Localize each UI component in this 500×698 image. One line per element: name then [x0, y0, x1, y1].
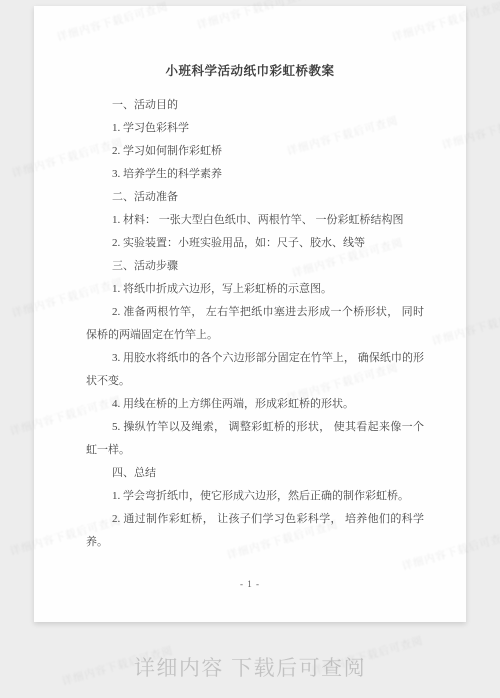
paragraph: 三、活动步骤	[86, 255, 424, 278]
paragraph-line: 2. 实验装置：小班实验用品，如：尺子、胶水、线等	[86, 232, 424, 255]
paragraph: 1. 将纸巾折成六边形，写上彩虹桥的示意图。	[86, 278, 424, 301]
paragraph: 4. 用线在桥的上方绑住两端，形成彩虹桥的形状。	[86, 393, 424, 416]
paragraph-line: 3. 用胶水将纸巾的各个六边形部分固定在竹竿上， 确保纸巾的形	[86, 347, 424, 370]
paragraph-line: 养。	[86, 531, 424, 554]
paragraph: 2. 通过制作彩虹桥， 让孩子们学习色彩科学， 培养他们的科学素养。	[86, 508, 424, 554]
paragraph-line: 1. 将纸巾折成六边形，写上彩虹桥的示意图。	[86, 278, 424, 301]
paragraph: 2. 学习如何制作彩虹桥	[86, 140, 424, 163]
paragraph-line: 4. 用线在桥的上方绑住两端，形成彩虹桥的形状。	[86, 393, 424, 416]
paragraph: 3. 用胶水将纸巾的各个六边形部分固定在竹竿上， 确保纸巾的形状不变。	[86, 347, 424, 393]
paragraph: 3. 培养学生的科学素养	[86, 163, 424, 186]
paragraph-line: 四、总结	[86, 462, 424, 485]
paragraph: 5. 操纵竹竿以及绳索， 调整彩虹桥的形状， 使其看起来像一个彩虹一样。	[86, 416, 424, 462]
document-page: 小班科学活动纸巾彩虹桥教案 一、活动目的1. 学习色彩科学2. 学习如何制作彩虹…	[34, 6, 466, 622]
document-title: 小班科学活动纸巾彩虹桥教案	[34, 62, 466, 80]
document-preview-canvas: 小班科学活动纸巾彩虹桥教案 一、活动目的1. 学习色彩科学2. 学习如何制作彩虹…	[0, 0, 500, 698]
document-body: 一、活动目的1. 学习色彩科学2. 学习如何制作彩虹桥3. 培养学生的科学素养二…	[86, 94, 424, 554]
paragraph-line: 2. 准备两根竹竿， 左右竿把纸巾塞进去形成一个桥形状， 同时确	[86, 301, 424, 324]
paragraph: 二、活动准备	[86, 186, 424, 209]
paragraph-line: 3. 培养学生的科学素养	[86, 163, 424, 186]
paragraph-line: 2. 通过制作彩虹桥， 让孩子们学习色彩科学， 培养他们的科学素	[86, 508, 424, 531]
paragraph-line: 1. 学会弯折纸巾，使它形成六边形，然后正确的制作彩虹桥。	[86, 485, 424, 508]
paragraph-line: 1. 学习色彩科学	[86, 117, 424, 140]
paragraph-line: 虹一样。	[86, 439, 424, 462]
paragraph: 一、活动目的	[86, 94, 424, 117]
paragraph: 1. 学会弯折纸巾，使它形成六边形，然后正确的制作彩虹桥。	[86, 485, 424, 508]
paragraph-line: 5. 操纵竹竿以及绳索， 调整彩虹桥的形状， 使其看起来像一个彩	[86, 416, 424, 439]
paragraph: 1. 材料： 一张大型白色纸巾、两根竹竿、 一份彩虹桥结构图	[86, 209, 424, 232]
paragraph: 2. 准备两根竹竿， 左右竿把纸巾塞进去形成一个桥形状， 同时确保桥的两端固定在…	[86, 301, 424, 347]
paragraph-line: 一、活动目的	[86, 94, 424, 117]
paragraph-line: 保桥的两端固定在竹竿上。	[86, 324, 424, 347]
paragraph-line: 1. 材料： 一张大型白色纸巾、两根竹竿、 一份彩虹桥结构图	[86, 209, 424, 232]
paragraph: 1. 学习色彩科学	[86, 117, 424, 140]
paragraph-line: 三、活动步骤	[86, 255, 424, 278]
paragraph: 四、总结	[86, 462, 424, 485]
paragraph: 2. 实验装置：小班实验用品，如：尺子、胶水、线等	[86, 232, 424, 255]
page-number: - 1 -	[34, 579, 466, 589]
download-notice-text: 详细内容 下载后可查阅	[0, 652, 500, 682]
paragraph-line: 状不变。	[86, 370, 424, 393]
paragraph-line: 2. 学习如何制作彩虹桥	[86, 140, 424, 163]
paragraph-line: 二、活动准备	[86, 186, 424, 209]
